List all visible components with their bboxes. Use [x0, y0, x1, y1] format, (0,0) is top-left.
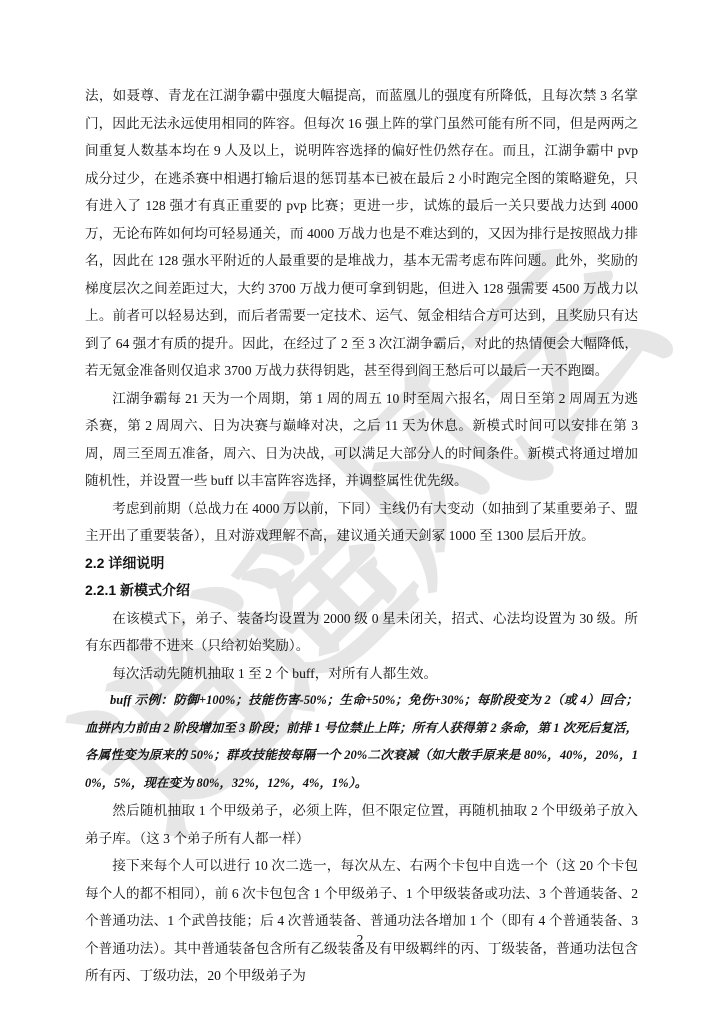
paragraph: 然后随机抽取 1 个甲级弟子，必须上阵，但不限定位置，再随机抽取 2 个甲级弟子… — [85, 797, 638, 852]
paragraph: 法，如聂尊、青龙在江湖争霸中强度大幅提高，而蓝凰儿的强度有所降低，且每次禁 3 … — [85, 82, 638, 385]
document-page: 逍遥风云 法，如聂尊、青龙在江湖争霸中强度大幅提高，而蓝凰儿的强度有所降低，且每… — [0, 0, 720, 1018]
paragraph: buff 示例：防御+100%；技能伤害-50%；生命+50%；免伤+30%；每… — [85, 687, 638, 797]
paragraph: 每次活动先随机抽取 1 至 2 个 buff，对所有人都生效。 — [85, 660, 638, 688]
paragraph: 在该模式下，弟子、装备均设置为 2000 级 0 星未闭关，招式、心法均设置为 … — [85, 605, 638, 660]
page-number: 2 — [0, 930, 720, 950]
paragraph: 接下来每个人可以进行 10 次二选一，每次从左、右两个卡包中自选一个（这 20 … — [85, 852, 638, 990]
paragraph: 考虑到前期（总战力在 4000 万以前，下同）主线仍有大变动（如抽到了某重要弟子… — [85, 495, 638, 550]
paragraph: 江湖争霸每 21 天为一个周期，第 1 周的周五 10 时至周六报名，周日至第 … — [85, 385, 638, 495]
section-heading: 2.2.1 新模式介绍 — [85, 577, 638, 605]
section-heading: 2.2 详细说明 — [85, 550, 638, 578]
document-body: 法，如聂尊、青龙在江湖争霸中强度大幅提高，而蓝凰儿的强度有所降低，且每次禁 3 … — [85, 82, 638, 990]
